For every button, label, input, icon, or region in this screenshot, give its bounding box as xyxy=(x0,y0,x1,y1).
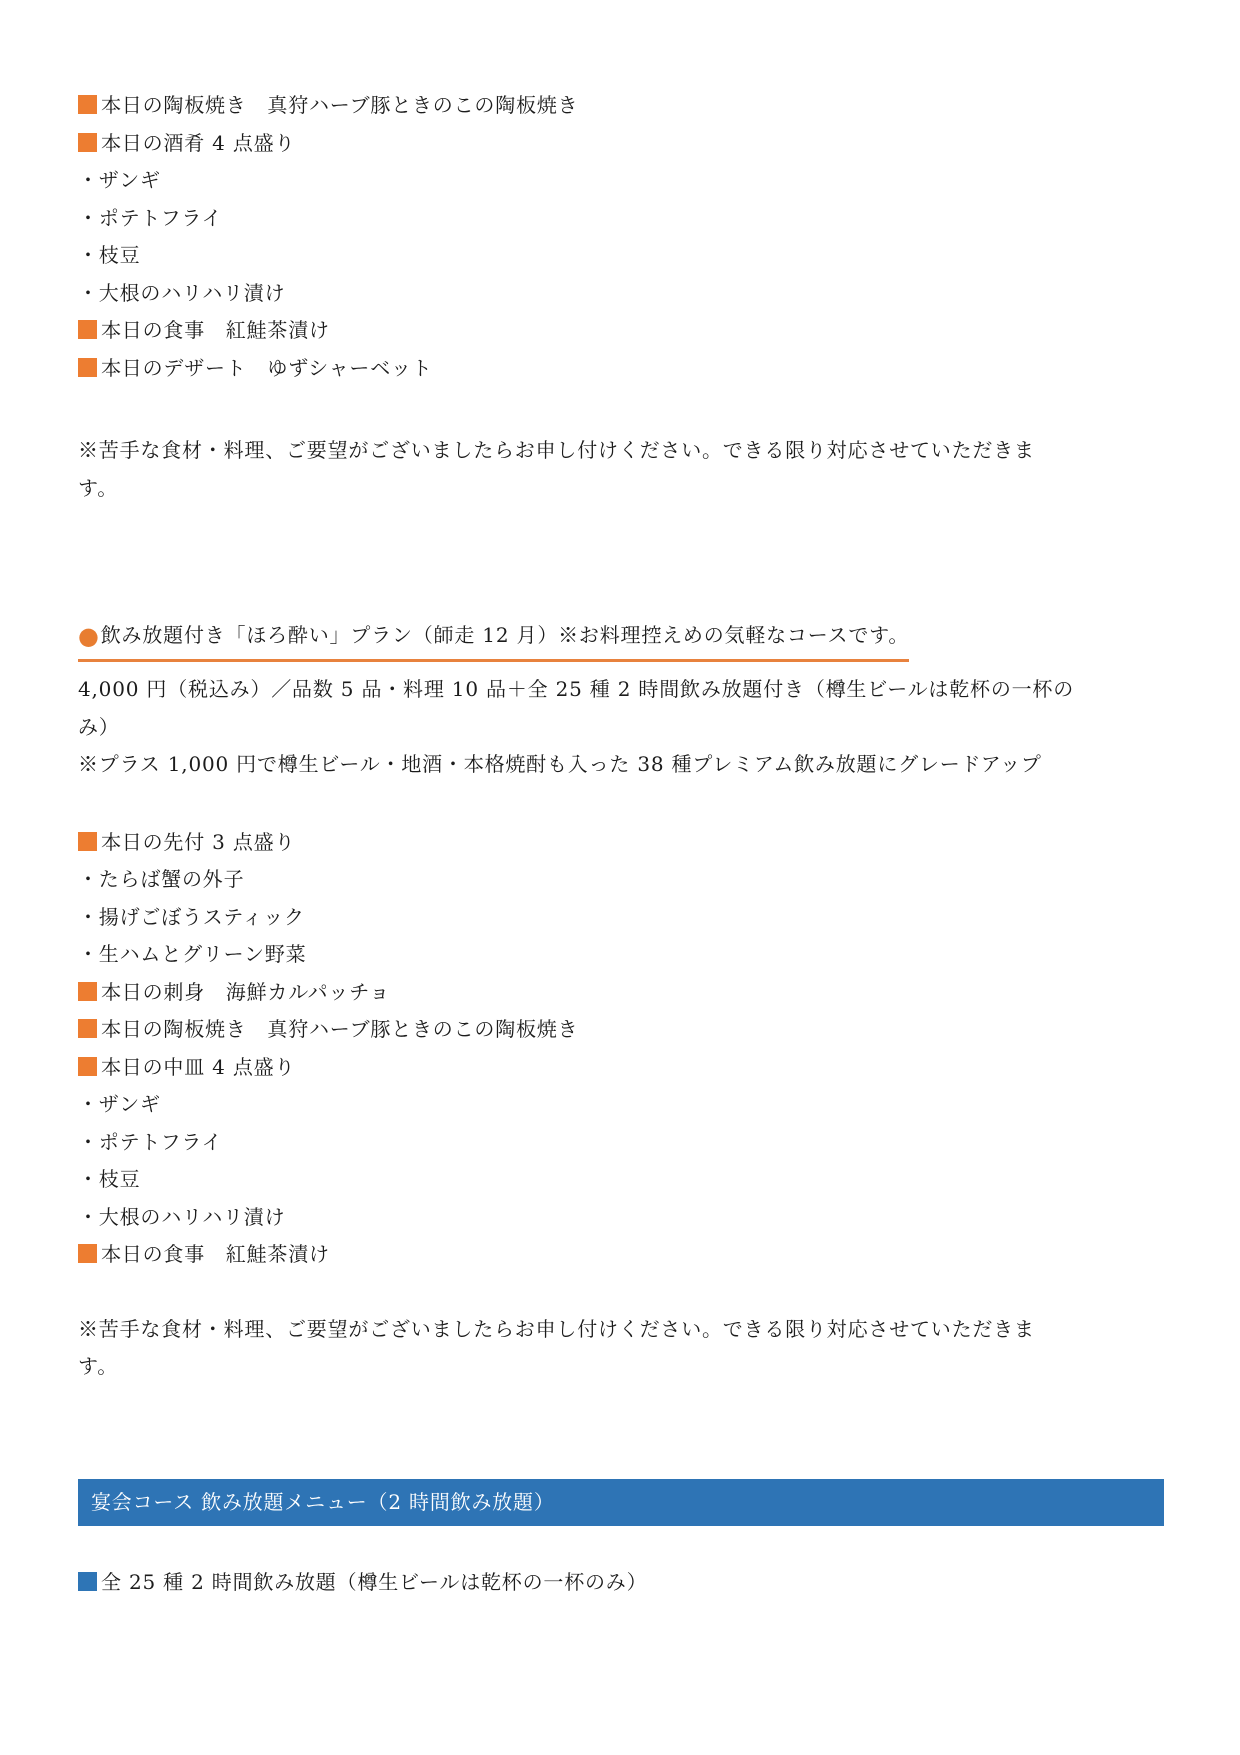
menu-item-label: 本日の食事 紅鮭茶漬け xyxy=(101,318,330,342)
spacer xyxy=(78,1386,1164,1479)
orange-square-icon xyxy=(78,1057,97,1076)
plan-heading: ●飲み放題付き「ほろ酔い」プラン（師走 12 月）※お料理控えめの気軽なコースで… xyxy=(78,622,1164,662)
menu-item-row: 本日の食事 紅鮭茶漬け xyxy=(78,312,1164,350)
bullet-item-row: ・枝豆 xyxy=(78,1161,1164,1199)
bullet-item-label: ・枝豆 xyxy=(78,1167,140,1191)
menu-item-label: 本日の先付 3 点盛り xyxy=(101,830,295,854)
bullet-item-row: ・大根のハリハリ漬け xyxy=(78,275,1164,313)
bullet-item-label: ・ポテトフライ xyxy=(78,206,222,230)
plan-upgrade-line: ※プラス 1,000 円で樽生ビール・地酒・本格焼酎も入った 38 種プレミアム… xyxy=(78,746,1164,784)
menu-item-label: 本日の食事 紅鮭茶漬け xyxy=(101,1242,330,1266)
orange-bullet-icon: ● xyxy=(78,622,100,650)
bullet-item-label: ・揚げごぼうスティック xyxy=(78,905,305,929)
drink-menu-banner-label: 宴会コース 飲み放題メニュー（2 時間飲み放題） xyxy=(91,1490,555,1514)
orange-square-icon xyxy=(78,358,97,377)
bullet-item-label: ・たらば蟹の外子 xyxy=(78,867,244,891)
menu-item-row: 本日の酒肴 4 点盛り xyxy=(78,125,1164,163)
bullet-item-label: ・大根のハリハリ漬け xyxy=(78,281,285,305)
menu-item-label: 本日のデザート ゆずシャーベット xyxy=(101,356,433,380)
drink-item-label: 全 25 種 2 時間飲み放題（樽生ビールは乾杯の一杯のみ） xyxy=(101,1570,647,1594)
spacer xyxy=(78,387,1164,432)
menu-item-row: 本日の陶板焼き 真狩ハーブ豚ときのこの陶板焼き xyxy=(78,87,1164,125)
menu-item-row: 本日のデザート ゆずシャーベット xyxy=(78,350,1164,388)
bullet-item-label: ・生ハムとグリーン野菜 xyxy=(78,942,306,966)
menu-item-label: 本日の刺身 海鮮カルパッチョ xyxy=(101,980,390,1004)
menu-item-row: 本日の先付 3 点盛り xyxy=(78,824,1164,862)
bullet-item-label: ・枝豆 xyxy=(78,243,140,267)
course-a-section: 本日の陶板焼き 真狩ハーブ豚ときのこの陶板焼き 本日の酒肴 4 点盛り ・ザンギ… xyxy=(78,87,1164,622)
spacer xyxy=(78,507,1164,622)
spacer xyxy=(78,1274,1164,1311)
drink-menu-banner: 宴会コース 飲み放題メニュー（2 時間飲み放題） xyxy=(78,1479,1164,1526)
plan-heading-underline: ●飲み放題付き「ほろ酔い」プラン（師走 12 月）※お料理控えめの気軽なコースで… xyxy=(78,622,909,662)
menu-item-row: 本日の中皿 4 点盛り xyxy=(78,1049,1164,1087)
menu-item-row: 本日の刺身 海鮮カルパッチョ xyxy=(78,974,1164,1012)
menu-item-row: 本日の陶板焼き 真狩ハーブ豚ときのこの陶板焼き xyxy=(78,1011,1164,1049)
orange-square-icon xyxy=(78,832,97,851)
plan-price-line: 4,000 円（税込み）／品数 5 品・料理 10 品＋全 25 種 2 時間飲… xyxy=(78,671,1164,746)
spacer xyxy=(78,784,1164,824)
bullet-item-row: ・ザンギ xyxy=(78,162,1164,200)
orange-square-icon xyxy=(78,982,97,1001)
allergy-note: ※苦手な食材・料理、ご要望がございましたらお申し付けください。できる限り対応させ… xyxy=(78,1311,1164,1386)
drink-item-row: 全 25 種 2 時間飲み放題（樽生ビールは乾杯の一杯のみ） xyxy=(78,1564,1164,1602)
bullet-item-row: ・揚げごぼうスティック xyxy=(78,899,1164,937)
spacer xyxy=(78,1526,1164,1564)
bullet-item-row: ・ポテトフライ xyxy=(78,1124,1164,1162)
bullet-item-label: ・ザンギ xyxy=(78,168,161,192)
menu-item-label: 本日の中皿 4 点盛り xyxy=(101,1055,295,1079)
blue-square-icon xyxy=(78,1572,97,1591)
menu-item-label: 本日の酒肴 4 点盛り xyxy=(101,131,295,155)
allergy-note: ※苦手な食材・料理、ご要望がございましたらお申し付けください。できる限り対応させ… xyxy=(78,432,1164,507)
orange-square-icon xyxy=(78,1019,97,1038)
orange-square-icon xyxy=(78,1244,97,1263)
bullet-item-row: ・大根のハリハリ漬け xyxy=(78,1199,1164,1237)
bullet-item-row: ・ザンギ xyxy=(78,1086,1164,1124)
plan-heading-label: 飲み放題付き「ほろ酔い」プラン（師走 12 月）※お料理控えめの気軽なコースです… xyxy=(101,623,909,647)
menu-item-label: 本日の陶板焼き 真狩ハーブ豚ときのこの陶板焼き xyxy=(101,93,578,117)
document-page: 本日の陶板焼き 真狩ハーブ豚ときのこの陶板焼き 本日の酒肴 4 点盛り ・ザンギ… xyxy=(0,0,1240,1755)
orange-square-icon xyxy=(78,133,97,152)
orange-square-icon xyxy=(78,320,97,339)
bullet-item-label: ・大根のハリハリ漬け xyxy=(78,1205,285,1229)
menu-item-row: 本日の食事 紅鮭茶漬け xyxy=(78,1236,1164,1274)
bullet-item-row: ・生ハムとグリーン野菜 xyxy=(78,936,1164,974)
bullet-item-row: ・ポテトフライ xyxy=(78,200,1164,238)
bullet-item-label: ・ポテトフライ xyxy=(78,1130,222,1154)
bullet-item-row: ・たらば蟹の外子 xyxy=(78,861,1164,899)
bullet-item-row: ・枝豆 xyxy=(78,237,1164,275)
course-b-section: ●飲み放題付き「ほろ酔い」プラン（師走 12 月）※お料理控えめの気軽なコースで… xyxy=(78,622,1164,1386)
bullet-item-label: ・ザンギ xyxy=(78,1092,161,1116)
menu-item-label: 本日の陶板焼き 真狩ハーブ豚ときのこの陶板焼き xyxy=(101,1017,578,1041)
orange-square-icon xyxy=(78,95,97,114)
